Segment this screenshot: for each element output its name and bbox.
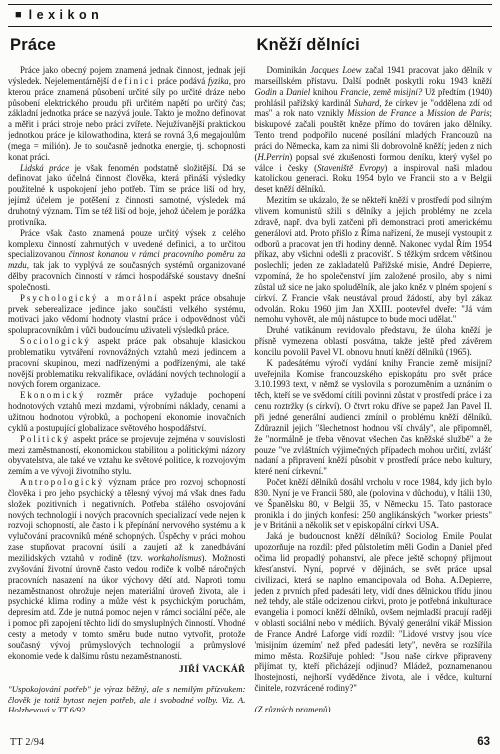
paragraph: Ekonomický rozměr práce vyžaduje pochope… <box>8 390 246 433</box>
paragraph: Dominikán Jacques Loew začal 1941 pracov… <box>255 65 493 195</box>
rubric-header: ■ lexikon <box>8 5 492 26</box>
author-signature: JIŘÍ VACKÁŘ <box>8 664 246 675</box>
paragraph: Práce jako obecný pojem znamená jednak č… <box>8 65 246 163</box>
article-knezi-delnici: Kněží dělníci Dominikán Jacques Loew zač… <box>255 36 493 712</box>
emphasis-italic: workaholismus <box>148 553 202 563</box>
page-footer: TT 2/94 63 <box>10 736 490 748</box>
paragraph: K padesátému výročí vydání knihy Francie… <box>255 358 493 477</box>
paragraph: Mezitím se ukázalo, že se někteří kněží … <box>255 195 493 325</box>
emphasis-spaced: Sociologický <box>20 336 91 346</box>
emphasis-spaced: Psychologický a morální <box>20 293 159 303</box>
text-run: a <box>277 87 286 97</box>
text-run: , pro kterou práce znamená působení urči… <box>8 76 246 162</box>
text-run: význam práce pro rozvoj schopností člově… <box>8 477 246 563</box>
article-footnote: "Uspokojování potřeb" je výraz běžný, al… <box>8 684 246 712</box>
article-title-prace: Práce <box>10 36 246 55</box>
paragraph: Sociologický aspekt práce pak obsahuje k… <box>8 336 246 390</box>
emphasis-spaced: Ekonomický <box>20 390 85 400</box>
text-run: Mezitím se ukázalo, že se někteří kněží … <box>255 195 493 324</box>
emphasis-italic: H.Perrin <box>257 152 289 162</box>
text-run: ). Možnosti zvyšování životní úrovně čas… <box>8 553 246 661</box>
emphasis-spaced: Politický <box>20 434 70 444</box>
text-run: K padesátému výročí vydání knihy Francie… <box>255 358 493 476</box>
emphasis-italic: Jacques Loew <box>310 65 361 75</box>
emphasis-spaced: definici <box>112 76 155 86</box>
emphasis-italic: Mission de Paris <box>427 108 490 118</box>
text-run: Druhé vatikánum revidovalo představu, že… <box>255 325 493 357</box>
emphasis-spaced: Antropologický <box>20 477 104 487</box>
paragraph: Práce však často znamená pouze určitý vý… <box>8 228 246 293</box>
text-run: , tak jak to vyplývá ze současných systé… <box>8 260 246 292</box>
paragraph: Počet kněží dělníků dosáhl vrcholu v roc… <box>255 477 493 531</box>
emphasis-italic: Godin <box>255 87 277 97</box>
emphasis-italic: Staveniště Evropy <box>317 163 384 173</box>
text-run: a <box>416 108 427 118</box>
header-rule-bottom <box>8 26 492 27</box>
article-title-knezi-delnici: Kněží dělníci <box>257 36 493 55</box>
paragraph: Politický aspekt práce se projevuje zejm… <box>8 434 246 477</box>
emphasis-italic: Daniel <box>286 87 310 97</box>
text-run: práce podává <box>155 76 208 86</box>
article-body-knezi-delnici: Dominikán Jacques Loew začal 1941 pracov… <box>255 65 493 694</box>
page-number: 63 <box>477 736 490 748</box>
text-run: Jaká je budoucnost kněží dělníků? Sociol… <box>255 531 493 693</box>
paragraph: Lidská práce je však fenomén podstatně s… <box>8 163 246 228</box>
paragraph: Psychologický a morální aspekt práce obs… <box>8 293 246 336</box>
article-body-prace: Práce jako obecný pojem znamená jednak č… <box>8 65 246 661</box>
emphasis-italic: fyzika <box>208 76 229 86</box>
emphasis-italic: Mission de France <box>347 108 416 118</box>
text-run: Počet kněží dělníků dosáhl vrcholu v roc… <box>255 477 493 530</box>
emphasis-italic: Lidská práce <box>20 163 69 173</box>
emphasis-italic: Francie, země misijní? <box>340 87 422 97</box>
paragraph: Jaká je budoucnost kněží dělníků? Sociol… <box>255 531 493 694</box>
paragraph: Druhé vatikánum revidovalo představu, že… <box>255 325 493 358</box>
rubric-label: lexikon <box>29 8 104 22</box>
rubric-square-icon: ■ <box>15 10 22 21</box>
paragraph: Antropologický význam práce pro rozvoj s… <box>8 477 246 661</box>
source-note: (Z různých pramenů) <box>255 705 493 712</box>
text-run: knihou <box>310 87 340 97</box>
article-prace: Práce Práce jako obecný pojem znamená je… <box>8 36 246 712</box>
magazine-page: ■ lexikon Práce Práce jako obecný pojem … <box>0 4 500 754</box>
article-columns: Práce Práce jako obecný pojem znamená je… <box>8 36 492 712</box>
text-run: Dominikán <box>267 65 311 75</box>
issue-label: TT 2/94 <box>10 737 44 748</box>
emphasis-italic: Suhard <box>354 98 379 108</box>
